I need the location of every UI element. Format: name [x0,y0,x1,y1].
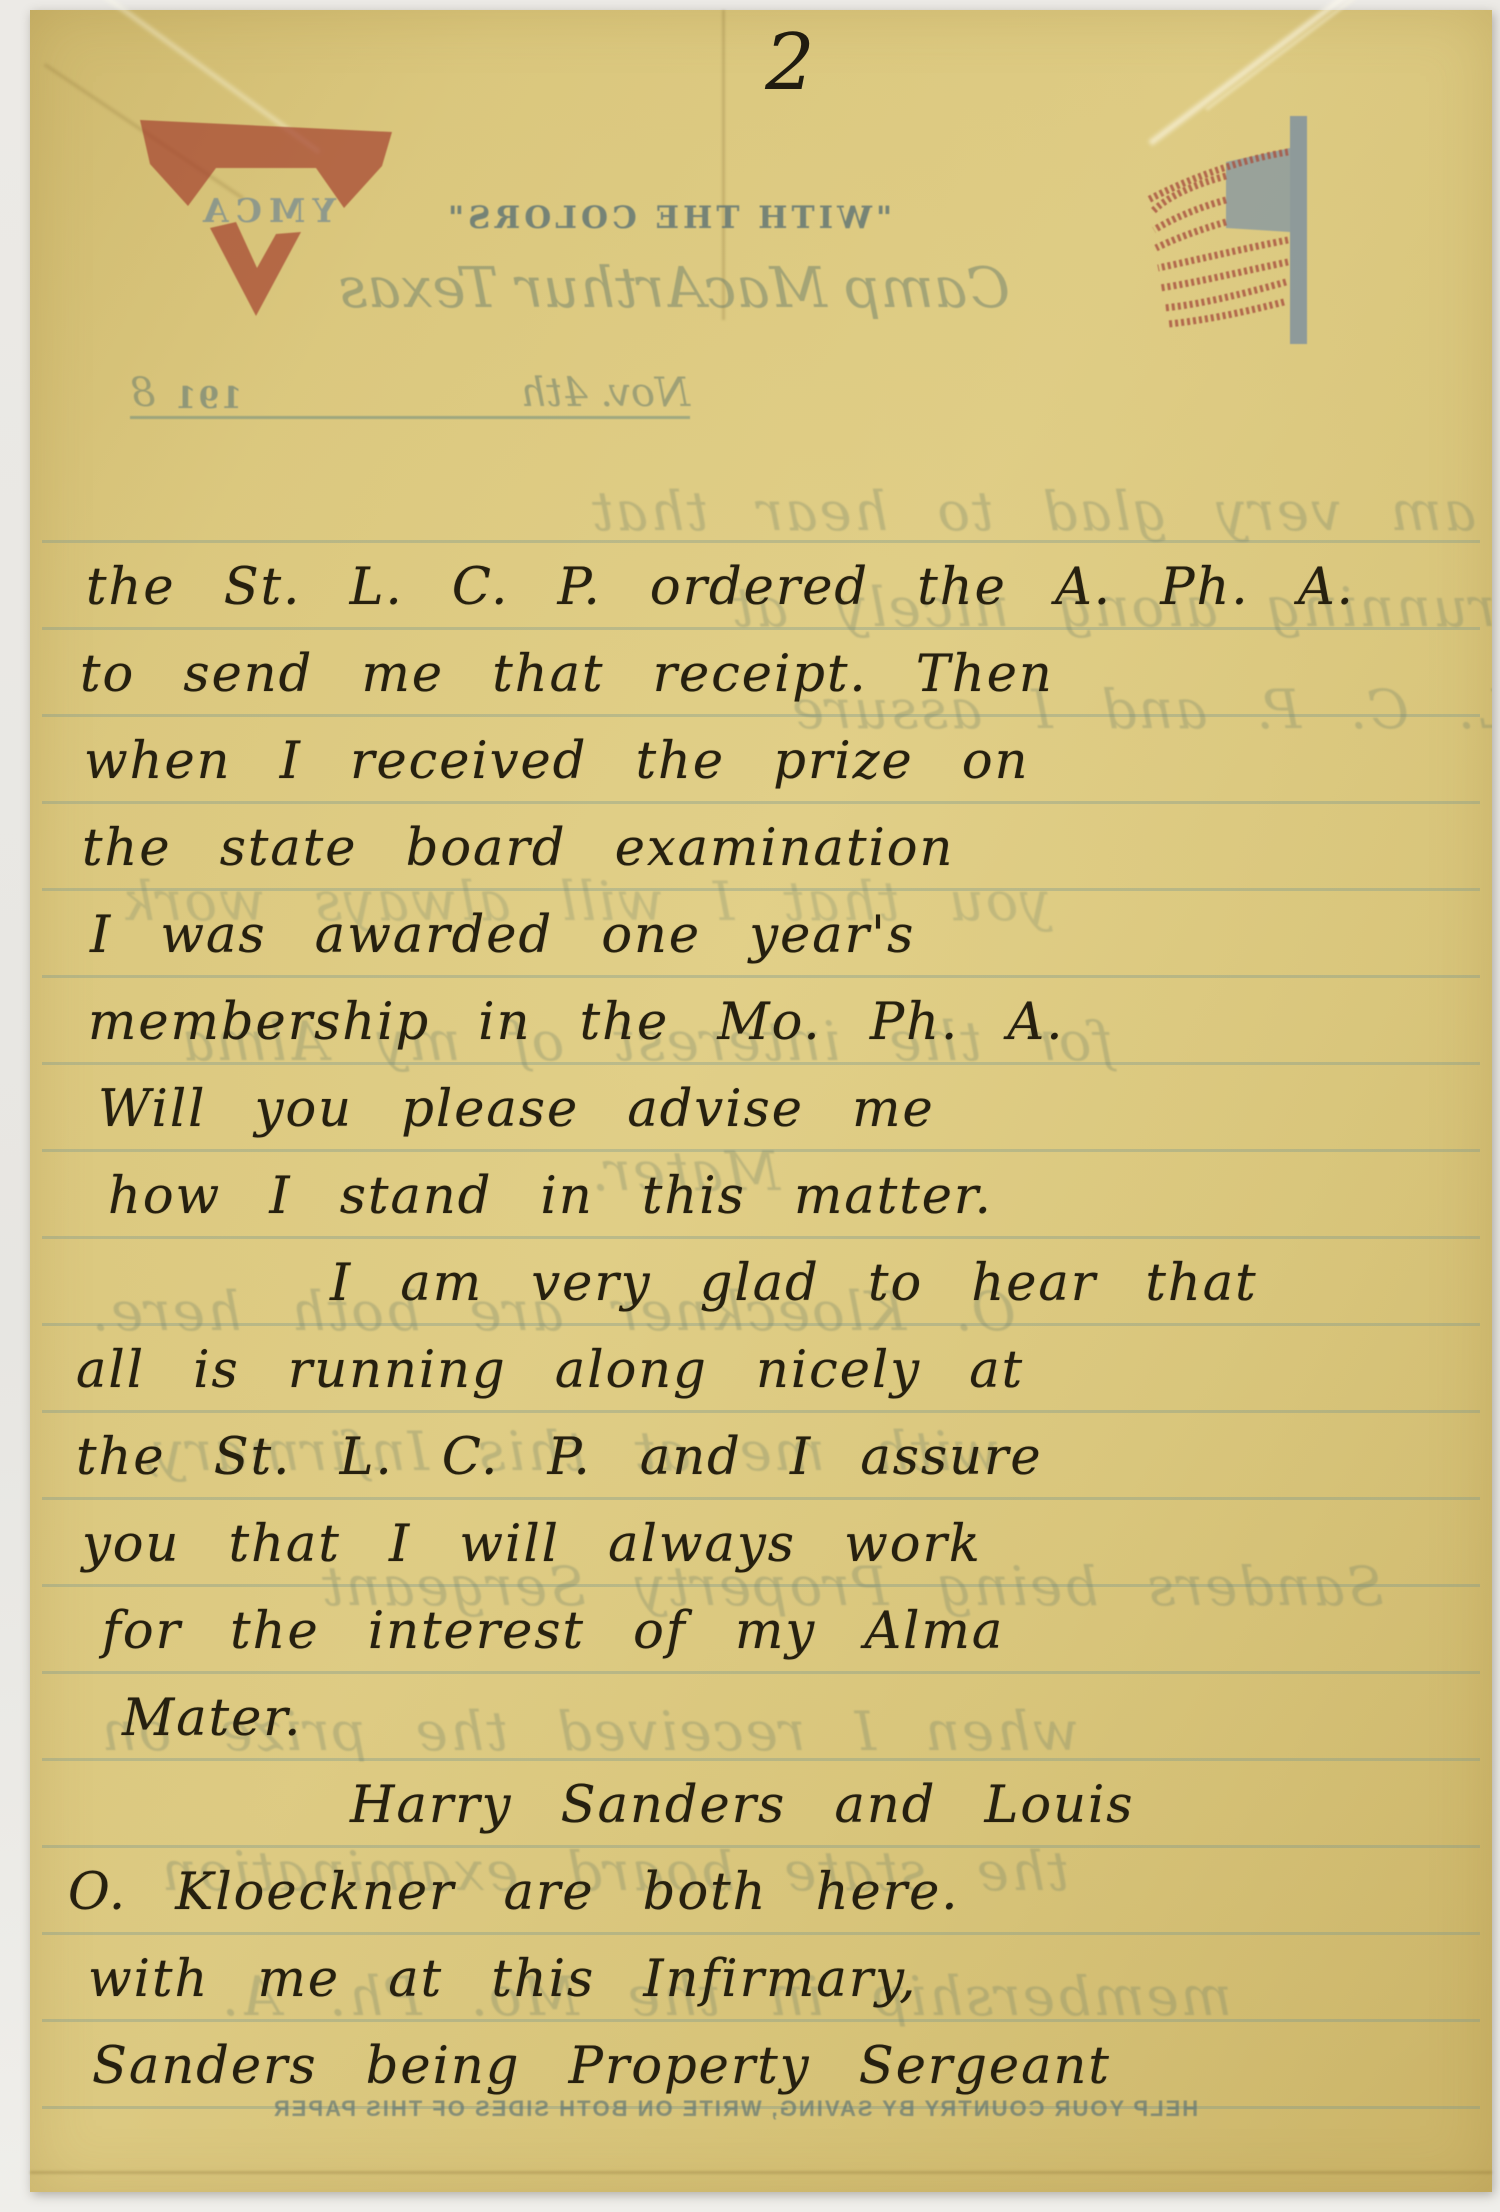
paper-crease [30,2171,1492,2174]
handwritten-line: with me at this Infirmary, [30,1936,1484,2023]
handwritten-line: Harry Sanders and Louis [30,1762,1484,1849]
handwritten-line: Will you please advise me [30,1066,1484,1153]
letter-page-scan: 2 YMCA "WITH THE COLORS" Camp MacArthur [30,10,1492,2192]
bleedthrough-line: I am very glad to hear that [590,480,1492,543]
handwritten-line: membership in the Mo. Ph. A. [30,979,1484,1066]
handwritten-line: for the interest of my Alma [30,1588,1484,1675]
handwritten-line: the St. L. C. P. ordered the A. Ph. A. [30,544,1484,631]
handwritten-line: you that I will always work [30,1501,1484,1588]
bleedthrough-footer-note: HELP YOUR COUNTRY BY SAVING, WRITE ON BO… [85,2096,1385,2122]
page-number: 2 [730,18,850,108]
handwritten-line: I am very glad to hear that [30,1240,1484,1327]
flag-pole [1290,116,1307,344]
letter-body: the St. L. C. P. ordered the A. Ph. A. t… [30,544,1484,2110]
handwritten-line: the St. L. C. P. and I assure [30,1414,1484,1501]
slogan-with-the-colors: "WITH THE COLORS" [418,200,918,236]
ymca-logo-icon: YMCA [136,116,396,364]
handwritten-line: the state board examination [30,805,1484,892]
date-written: Nov. 4th [520,370,690,416]
handwritten-line: all is running along nicely at [30,1327,1484,1414]
date-year-printed: 191 [173,381,242,416]
us-flag-icon [1138,110,1354,350]
ymca-logo-label: YMCA [196,191,337,230]
handwritten-line: Mater. [30,1675,1484,1762]
handwritten-line: when I received the prize on [30,718,1484,805]
handwritten-line: I was awarded one year's [30,892,1484,979]
handwritten-line: O. Kloeckner are both here. [30,1849,1484,1936]
paper-crease [1205,0,1414,111]
date-year-written: 8 [130,370,155,416]
handwritten-line: how I stand in this matter. [30,1153,1484,1240]
bleedthrough-camp-line: Camp MacArthur Texas [170,256,1010,321]
bleedthrough-date-line: Nov. 4th 191 8 [130,362,690,419]
handwritten-line: to send me that receipt. Then [30,631,1484,718]
